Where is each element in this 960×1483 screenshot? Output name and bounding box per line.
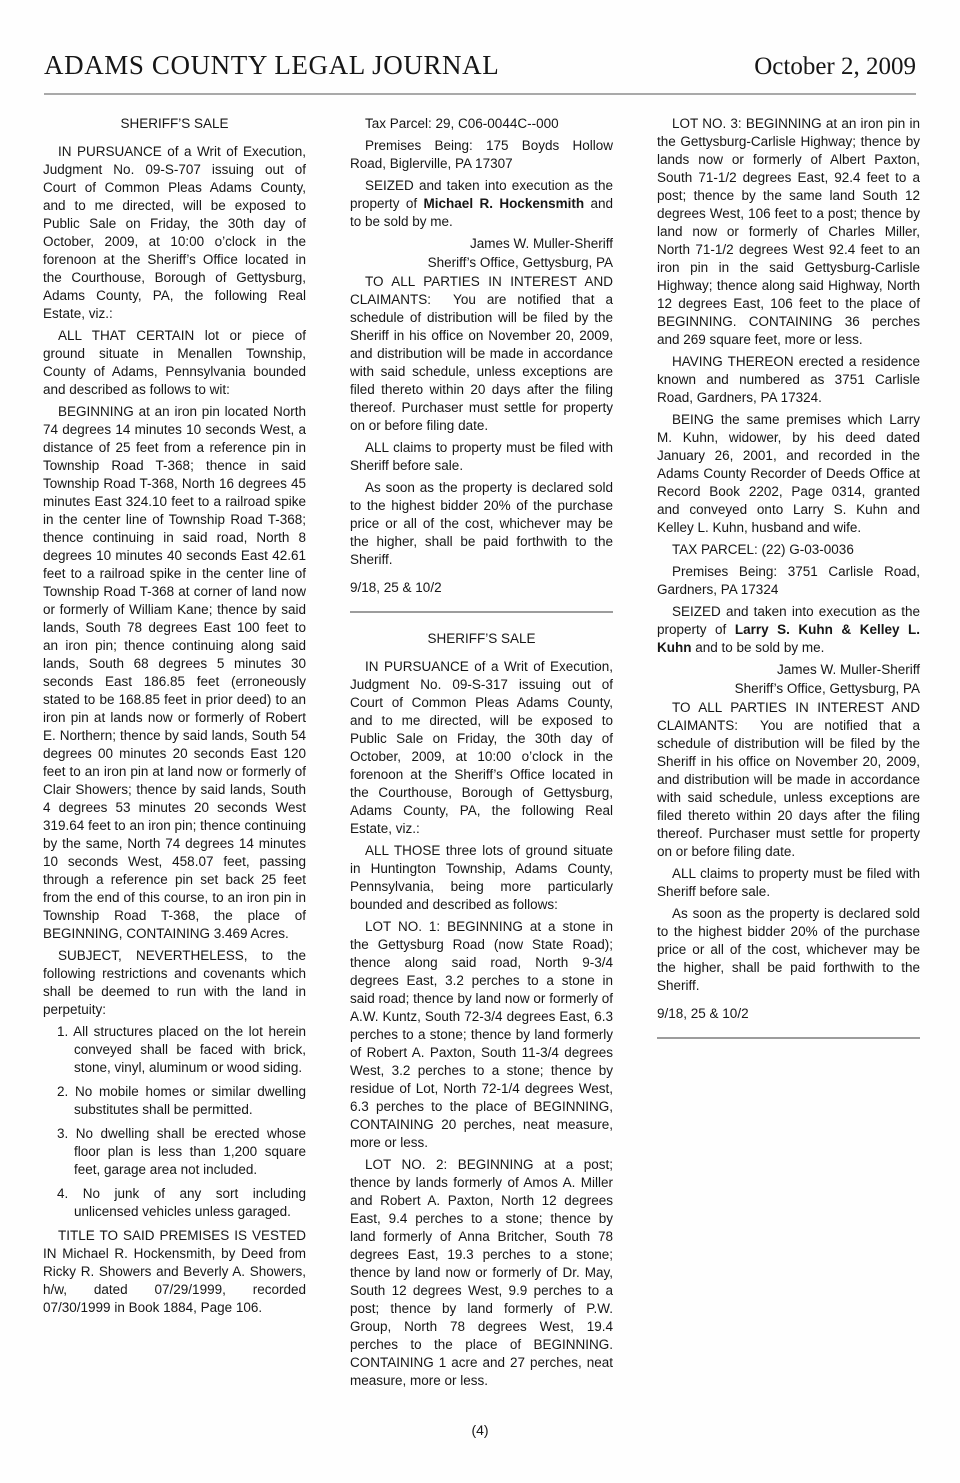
columns: SHERIFF’S SALEIN PURSUANCE of a Writ of …: [43, 115, 916, 1394]
paragraph: IN PURSUANCE of a Writ of Execution, Jud…: [43, 143, 306, 323]
paragraph: Tax Parcel: 29, C06-0044C--000: [350, 115, 613, 133]
paragraph: ALL THAT CERTAIN lot or piece of ground …: [43, 327, 306, 399]
paragraph: SUBJECT, NEVERTHELESS, to the following …: [43, 947, 306, 1019]
text-run: BEING the same premises which Larry M. K…: [657, 412, 920, 535]
paragraph: HAVING THEREON erected a residence known…: [657, 353, 920, 407]
column-1: SHERIFF’S SALEIN PURSUANCE of a Writ of …: [43, 115, 306, 1394]
text-run: TO ALL PARTIES IN INTEREST AND CLAIMANTS…: [350, 274, 613, 433]
text-run: IN PURSUANCE of a Writ of Execution, Jud…: [350, 659, 613, 836]
text-run: HAVING THEREON erected a residence known…: [657, 354, 920, 405]
signature-line: Sheriff’s Office, Gettysburg, PA: [657, 680, 920, 698]
signature-line: James W. Muller-Sheriff: [350, 235, 613, 253]
list-number: 4.: [57, 1186, 83, 1201]
paragraph: LOT NO. 3: BEGINNING at an iron pin in t…: [657, 115, 920, 349]
text-run: LOT NO. 2: BEGINNING at a post; thence b…: [350, 1157, 613, 1388]
journal-title: ADAMS COUNTY LEGAL JOURNAL: [44, 50, 499, 81]
list-item: 2. No mobile homes or similar dwelling s…: [74, 1083, 306, 1119]
text-run: SUBJECT, NEVERTHELESS, to the following …: [43, 948, 306, 1017]
text-run: TAX PARCEL: (22) G-03-0036: [672, 542, 854, 557]
paragraph: ALL claims to property must be filed wit…: [657, 865, 920, 901]
paragraph: BEGINNING at an iron pin located North 7…: [43, 403, 306, 943]
text-run: ALL THOSE three lots of ground situate i…: [350, 843, 613, 912]
text-run: TO ALL PARTIES IN INTEREST AND CLAIMANTS…: [657, 700, 920, 859]
paragraph: Premises Being: 175 Boyds Hollow Road, B…: [350, 137, 613, 173]
column-2: Tax Parcel: 29, C06-0044C--000Premises B…: [350, 115, 613, 1394]
text-run: IN PURSUANCE of a Writ of Execution, Jud…: [43, 144, 306, 321]
masthead: ADAMS COUNTY LEGAL JOURNAL October 2, 20…: [44, 0, 916, 95]
paragraph: LOT NO. 2: BEGINNING at a post; thence b…: [350, 1156, 613, 1390]
paragraph: SEIZED and taken into execution as the p…: [657, 603, 920, 657]
list-item: 4. No junk of any sort including unlicen…: [74, 1185, 306, 1221]
text-run: Tax Parcel: 29, C06-0044C--000: [365, 116, 559, 131]
text-run: ALL claims to property must be filed wit…: [657, 866, 920, 899]
paragraph: BEING the same premises which Larry M. K…: [657, 411, 920, 537]
journal-page: ADAMS COUNTY LEGAL JOURNAL October 2, 20…: [0, 0, 960, 1483]
paragraph: TAX PARCEL: (22) G-03-0036: [657, 541, 920, 559]
publication-dates: 9/18, 25 & 10/2: [350, 579, 613, 597]
section-divider: [350, 611, 613, 613]
list-number: 1.: [57, 1024, 73, 1039]
paragraph: LOT NO. 1: BEGINNING at a stone in the G…: [350, 918, 613, 1152]
paragraph: ALL claims to property must be filed wit…: [350, 439, 613, 475]
text-run: ALL claims to property must be filed wit…: [350, 440, 613, 473]
text-run: BEGINNING at an iron pin located North 7…: [43, 404, 306, 941]
section-heading: SHERIFF’S SALE: [350, 630, 613, 648]
text-run: LOT NO. 3: BEGINNING at an iron pin in t…: [657, 116, 920, 347]
list-item: 3. No dwelling shall be erected whose fl…: [74, 1125, 306, 1179]
text-run: and to be sold by me.: [692, 640, 825, 655]
text-run: Premises Being: 175 Boyds Hollow Road, B…: [350, 138, 613, 171]
paragraph: As soon as the property is declared sold…: [657, 905, 920, 995]
paragraph: TITLE TO SAID PREMISES IS VESTED IN Mich…: [43, 1227, 306, 1317]
issue-date: October 2, 2009: [754, 53, 916, 81]
section-divider: [657, 1037, 920, 1039]
text-run: As soon as the property is declared sold…: [657, 906, 920, 993]
text-run: Premises Being: 3751 Carlisle Road, Gard…: [657, 564, 920, 597]
list-number: 3.: [57, 1126, 76, 1141]
signature-line: Sheriff’s Office, Gettysburg, PA: [350, 254, 613, 272]
paragraph: As soon as the property is declared sold…: [350, 479, 613, 569]
paragraph: SEIZED and taken into execution as the p…: [350, 177, 613, 231]
section-heading: SHERIFF’S SALE: [43, 115, 306, 133]
paragraph: TO ALL PARTIES IN INTEREST AND CLAIMANTS…: [350, 273, 613, 435]
column-3: LOT NO. 3: BEGINNING at an iron pin in t…: [657, 115, 920, 1394]
bold-text-run: Michael R. Hockensmith: [424, 196, 585, 211]
paragraph: ALL THOSE three lots of ground situate i…: [350, 842, 613, 914]
text-run: TITLE TO SAID PREMISES IS VESTED IN Mich…: [43, 1228, 306, 1315]
publication-dates: 9/18, 25 & 10/2: [657, 1005, 920, 1023]
paragraph: Premises Being: 3751 Carlisle Road, Gard…: [657, 563, 920, 599]
text-run: LOT NO. 1: BEGINNING at a stone in the G…: [350, 919, 613, 1150]
signature-line: James W. Muller-Sheriff: [657, 661, 920, 679]
page-number: (4): [0, 1422, 960, 1438]
list-number: 2.: [57, 1084, 75, 1099]
text-run: As soon as the property is declared sold…: [350, 480, 613, 567]
paragraph: IN PURSUANCE of a Writ of Execution, Jud…: [350, 658, 613, 838]
paragraph: TO ALL PARTIES IN INTEREST AND CLAIMANTS…: [657, 699, 920, 861]
text-run: ALL THAT CERTAIN lot or piece of ground …: [43, 328, 306, 397]
list-item: 1. All structures placed on the lot here…: [74, 1023, 306, 1077]
